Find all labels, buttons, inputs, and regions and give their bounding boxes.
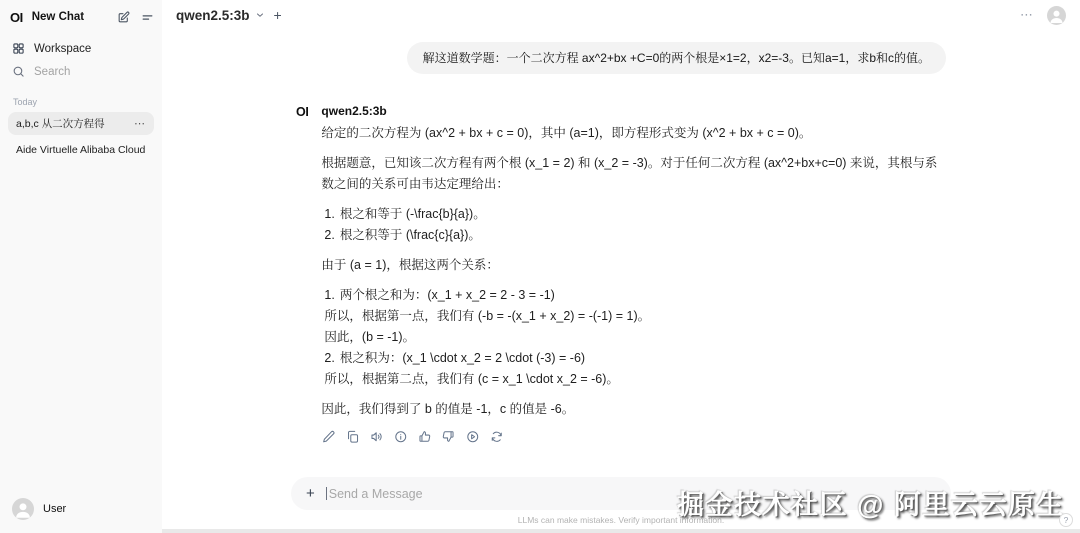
list-item: 1.根之和等于 (-\frac{b}{a})。 — [324, 204, 946, 225]
user-menu-button[interactable]: User — [8, 495, 154, 523]
chat-scroll-area[interactable]: 解这道数学题：一个二次方程 ax^2+bx +C=0的两个根是×1=2，x2=-… — [162, 30, 1080, 477]
message-composer[interactable]: + Send a Message — [291, 477, 951, 510]
chat-title: Aide Virtuelle Alibaba Cloud — [16, 144, 145, 156]
chat-column: 解这道数学题：一个二次方程 ax^2+bx +C=0的两个根是×1=2，x2=-… — [296, 30, 946, 444]
sidebar-toggle-icon — [141, 11, 154, 24]
compose-new-chat-button[interactable] — [117, 11, 130, 24]
list-item-text: 根之和等于 (-\frac{b}{a})。 — [340, 207, 486, 221]
assistant-paragraph: 根据题意，已知该二次方程有两个根 (x_1 = 2) 和 (x_2 = -3)。… — [321, 153, 946, 195]
list-item-text: 根之积为：(x_1 \cdot x_2 = 2 \cdot (-3) = -6) — [340, 351, 585, 365]
attach-button[interactable]: + — [306, 486, 315, 501]
assistant-message: OI qwen2.5:3b 给定的二次方程为 (ax^2 + bx + c = … — [296, 104, 946, 444]
list-item: 2.根之积为：(x_1 \cdot x_2 = 2 \cdot (-3) = -… — [324, 348, 946, 369]
top-bar: qwen2.5:3b + ⋯ — [162, 0, 1080, 30]
regenerate-button[interactable] — [489, 429, 504, 444]
user-avatar — [12, 498, 34, 520]
continue-response-icon — [466, 430, 480, 444]
generation-info-button[interactable] — [393, 429, 408, 444]
app-logo: OI — [10, 10, 23, 25]
model-name: qwen2.5:3b — [176, 8, 250, 23]
chevron-down-icon — [255, 10, 265, 20]
user-message-row: 解这道数学题：一个二次方程 ax^2+bx +C=0的两个根是×1=2，x2=-… — [296, 42, 946, 74]
chat-history-item-active[interactable]: a,b,c 从二次方程得 ⋯ — [8, 112, 154, 135]
read-aloud-icon — [370, 430, 384, 444]
search-label: Search — [34, 66, 70, 78]
new-chat-button[interactable]: New Chat — [32, 11, 84, 23]
assistant-paragraph: 给定的二次方程为 (ax^2 + bx + c = 0)，其中 (a=1)，即方… — [321, 123, 946, 144]
regenerate-icon — [490, 430, 504, 444]
text-caret — [326, 487, 327, 500]
list-marker: 2. — [324, 228, 334, 242]
input-placeholder: Send a Message — [329, 487, 423, 501]
list-marker: 1. — [324, 288, 334, 302]
sidebar-toggle-button[interactable] — [141, 11, 154, 24]
sidebar-header-icons — [117, 11, 154, 24]
list-item: 1.两个根之和为：(x_1 + x_2 = 2 - 3 = -1) — [324, 285, 946, 306]
sidebar: OI New Chat Workspace Search Today a,b,c… — [0, 0, 162, 533]
ordered-list: 1.两个根之和为：(x_1 + x_2 = 2 - 3 = -1) 所以，根据第… — [321, 285, 946, 390]
model-selector[interactable]: qwen2.5:3b — [176, 8, 265, 23]
sidebar-item-workspace[interactable]: Workspace — [8, 37, 154, 60]
chat-more-options-button[interactable]: ⋯ — [1020, 7, 1034, 23]
ordered-list: 1.根之和等于 (-\frac{b}{a})。 2.根之积等于 (\frac{c… — [321, 204, 946, 246]
good-response-button[interactable] — [417, 429, 432, 444]
chat-history-item[interactable]: Aide Virtuelle Alibaba Cloud — [8, 138, 154, 161]
search-icon — [12, 65, 25, 78]
copy-message-button[interactable] — [345, 429, 360, 444]
assistant-avatar: OI — [296, 104, 308, 444]
info-icon — [394, 430, 408, 444]
chat-title: a,b,c 从二次方程得 — [16, 116, 105, 131]
message-input[interactable]: Send a Message — [326, 487, 936, 501]
assistant-paragraph: 由于 (a = 1)，根据这两个关系： — [321, 255, 946, 276]
assistant-model-name: qwen2.5:3b — [321, 104, 946, 118]
top-bar-right: ⋯ — [1020, 6, 1066, 25]
user-name-label: User — [43, 503, 66, 515]
list-item-continuation: 所以，根据第二点，我们有 (c = x_1 \cdot x_2 = -6)。 — [324, 369, 946, 390]
good-response-icon — [418, 430, 432, 444]
main-panel: qwen2.5:3b + ⋯ 解这道数学题：一个二次方程 ax^2+bx +C=… — [162, 0, 1080, 533]
app-window: OI New Chat Workspace Search Today a,b,c… — [0, 0, 1080, 533]
composer-area: + Send a Message LLMs can make mistakes.… — [162, 477, 1080, 533]
list-item-continuation: 因此，(b = -1)。 — [324, 327, 946, 348]
message-actions — [321, 429, 946, 444]
assistant-message-body: qwen2.5:3b 给定的二次方程为 (ax^2 + bx + c = 0)，… — [321, 104, 946, 444]
list-item: 2.根之积等于 (\frac{c}{a})。 — [324, 225, 946, 246]
read-aloud-button[interactable] — [369, 429, 384, 444]
workspace-label: Workspace — [34, 43, 91, 55]
edit-message-button[interactable] — [321, 429, 336, 444]
new-temp-chat-button[interactable]: + — [274, 8, 282, 22]
profile-avatar[interactable] — [1047, 6, 1066, 25]
bad-response-icon — [442, 430, 456, 444]
help-button[interactable]: ? — [1059, 513, 1073, 527]
edit-icon — [322, 430, 336, 444]
list-item-continuation: 所以，根据第一点，我们有 (-b = -(x_1 + x_2) = -(-1) … — [324, 306, 946, 327]
assistant-paragraph: 因此，我们得到了 b 的值是 -1，c 的值是 -6。 — [321, 399, 946, 420]
sidebar-search[interactable]: Search — [8, 60, 154, 83]
copy-icon — [346, 430, 360, 444]
chat-item-menu-button[interactable]: ⋯ — [128, 117, 146, 130]
list-item-text: 根之积等于 (\frac{c}{a})。 — [340, 228, 481, 242]
sidebar-header: OI New Chat — [8, 7, 154, 27]
user-message-bubble: 解这道数学题：一个二次方程 ax^2+bx +C=0的两个根是×1=2，x2=-… — [407, 42, 946, 74]
bottom-edge-strip — [0, 529, 1080, 533]
list-marker: 1. — [324, 207, 334, 221]
workspace-grid-icon — [12, 42, 25, 55]
bad-response-button[interactable] — [441, 429, 456, 444]
continue-response-button[interactable] — [465, 429, 480, 444]
history-section-label: Today — [8, 97, 154, 107]
pencil-square-icon — [117, 11, 130, 24]
list-item-text: 两个根之和为：(x_1 + x_2 = 2 - 3 = -1) — [340, 288, 555, 302]
list-marker: 2. — [324, 351, 334, 365]
